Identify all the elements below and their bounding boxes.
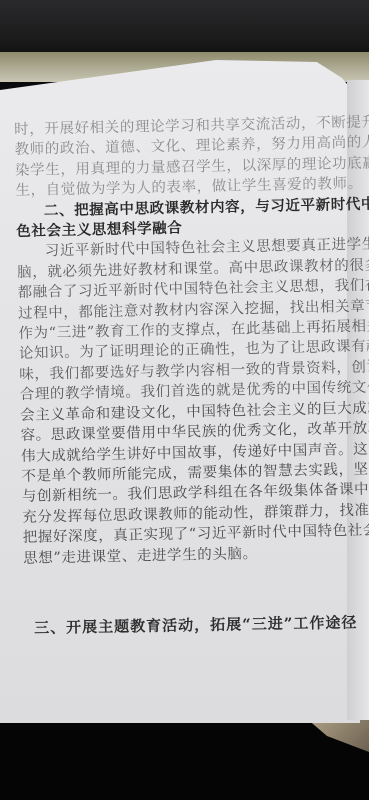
dark-background-top [0, 0, 369, 60]
dark-background-bottom [0, 720, 369, 800]
document-body: 时，开展好相关的理论学习和共享交流活动，不断提升思政 教师的政治、道德、文化、理… [14, 113, 353, 569]
